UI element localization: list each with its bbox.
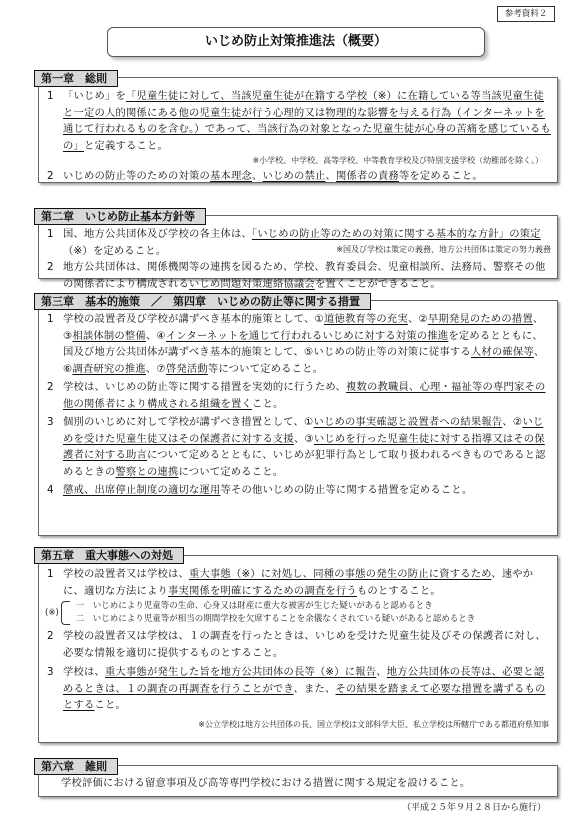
ch3-item-1: 1学校の設置者及び学校が講ずべき基本的施策として、①道徳教育等の充実、②早期発見… — [39, 311, 551, 377]
text: 学校の設置者及び学校が講ずべき基本的施策として、① — [63, 313, 324, 325]
emphasized-text: 警察との連携 — [115, 466, 178, 478]
item-number: 1 — [47, 226, 54, 243]
chapter-1-heading: 第一章 総則 — [34, 70, 118, 87]
text: 、⑦ — [146, 363, 166, 375]
chapter-5-box: 1学校の設置者又は学校は、重大事態（※）に対処し、同種の事態の発生の防止に資する… — [38, 555, 558, 743]
emphasized-text: 基本理念 — [210, 170, 252, 182]
emphasized-text: 関係者の責務 — [336, 170, 399, 182]
chapter-1-box: 1「いじめ」を「児童生徒に対して、当該児童生徒が在籍する学校（※）に在籍している… — [38, 77, 558, 183]
text: 、② — [502, 416, 522, 428]
item-number: 2 — [47, 628, 54, 645]
text: 学校の設置者又は学校は、 — [63, 568, 189, 580]
emphasized-text: 相談体制の整備 — [72, 330, 145, 342]
emphasized-text: 人材の確保等 — [471, 346, 534, 358]
emphasized-text: いじめ問題対策連絡協議会 — [189, 278, 315, 290]
emphasized-text: 「いじめの防止等のための対策に関する基本的な方針」の策定 — [252, 228, 541, 240]
ch5-item-2: 2学校の設置者又は学校は、１の調査を行ったときは、いじめを受けた児童生徒及びその… — [39, 628, 551, 661]
text: いじめの防止等のための対策の — [63, 170, 210, 182]
ch5-item-3: 3学校は、重大事態が発生した旨を地方公共団体の長等（※）に報告、地方公共団体の長… — [39, 664, 551, 714]
text: 、また、 — [294, 683, 336, 695]
text: 、④ — [146, 330, 166, 342]
emphasized-text: 重大事態が発生した旨を地方公共団体の長等（※）に報告 — [105, 666, 376, 678]
item-number: 1 — [47, 311, 54, 328]
ch3-item-3: 3個別のいじめに対して学校が講ずべき措置として、①いじめの事実確認と設置者への結… — [39, 414, 551, 480]
text: 学校は、いじめの防止等に関する措置を実効的に行うため、 — [63, 381, 346, 393]
text: こと。 — [95, 699, 127, 711]
ch1-item-1: 1「いじめ」を「児童生徒に対して、当該児童生徒が在籍する学校（※）に在籍している… — [39, 88, 551, 154]
serious-case-label: (※) — [45, 607, 59, 620]
chapter-6-heading: 第六章 雑則 — [34, 758, 118, 775]
text: 、 — [376, 666, 387, 678]
text: 、 — [325, 170, 336, 182]
item-number: 2 — [47, 259, 54, 276]
serious-case-1: 一 いじめにより児童等の生命、心身又は財産に重大な被害が生じた疑いがあると認める… — [76, 600, 476, 613]
emphasized-text: いじめの事実確認と設置者への結果報告 — [313, 416, 502, 428]
emphasized-text: いじめの禁止 — [262, 170, 325, 182]
effective-date: （平成２５年９月２８日から施行） — [402, 800, 546, 813]
ch5-note: ※公立学校は地方公共団体の長、国立学校は文部科学大臣、私立学校は所轄庁である都道… — [39, 718, 549, 732]
ch5-item-1: 1学校の設置者又は学校は、重大事態（※）に対処し、同種の事態の発生の防止に資する… — [39, 566, 551, 599]
ch1-note: ※小学校、中学校、高等学校、中等教育学校及び特別支援学校（幼稚部を除く。） — [39, 154, 543, 168]
chapter-3-4-box: 1学校の設置者及び学校が講ずべき基本的施策として、①道徳教育等の充実、②早期発見… — [38, 300, 558, 536]
text: （※）を定めること。 — [63, 245, 166, 257]
serious-case-2: 二 いじめにより児童等が相当の期間学校を欠席することを余儀なくされている疑いがあ… — [76, 613, 476, 626]
chapter-3-4-heading: 第三章 基本的施策 ／ 第四章 いじめの防止等に関する措置 — [34, 293, 371, 310]
text: こと。 — [252, 398, 284, 410]
ch6-text: 学校評価における留意事項及び高等専門学校における措置に関する規定を設けること。 — [39, 775, 557, 792]
emphasized-text: 事実関係を明確にするための調査を行う — [168, 585, 357, 597]
brace-icon — [61, 601, 70, 625]
emphasized-text: 啓発活動 — [166, 363, 208, 375]
text: ものとすること。 — [357, 585, 441, 597]
text: を置くことができること。 — [315, 278, 441, 290]
text: 等その他いじめの防止等に関する措置を定めること。 — [220, 484, 472, 496]
emphasized-text: 懲戒、出席停止制度の適切な運用 — [63, 484, 220, 496]
chapter-2-heading: 第二章 いじめ防止基本方針等 — [34, 208, 206, 225]
item-number: 2 — [47, 168, 54, 185]
reference-label: 参考資料２ — [497, 6, 555, 22]
emphasized-text: 早期発見のための措置 — [428, 313, 533, 325]
text: 学校の設置者又は学校は、１の調査を行ったときは、いじめを受けた児童生徒及びその保… — [63, 630, 546, 659]
text: 、③ — [294, 433, 314, 445]
text: 国、地方公共団体及び学校の各主体は、 — [63, 228, 252, 240]
text: について定めること。 — [178, 466, 283, 478]
ch3-item-4: 4懲戒、出席停止制度の適切な運用等その他いじめの防止等に関する措置を定めること。 — [39, 482, 551, 499]
text: 等を定めること。 — [399, 170, 483, 182]
emphasized-text: 調査研究の推進 — [72, 363, 145, 375]
text: と定義すること。 — [84, 140, 168, 152]
emphasized-text: 重大事態（※）に対処し、同種の事態の発生の防止に資するため — [189, 568, 491, 580]
ch2-note: ※国及び学校は策定の義務、地方公共団体は策定の努力義務 — [336, 243, 551, 257]
item-number: 2 — [47, 379, 54, 396]
item-number: 1 — [47, 88, 54, 105]
page-title: いじめ防止対策推進法（概要） — [107, 27, 485, 57]
ch3-item-2: 2学校は、いじめの防止等に関する措置を実効的に行うため、複数の教職員、心理・福祉… — [39, 379, 551, 412]
ch2-item-2: 2地方公共団体は、関係機関等の連携を図るため、学校、教育委員会、児童相談所、法務… — [39, 259, 551, 292]
text: 、 — [252, 170, 263, 182]
item-number: 1 — [47, 566, 54, 583]
text: 学校は、 — [63, 666, 105, 678]
emphasized-text: インターネットを通じて行われるいじめに対する対策の推進 — [166, 330, 449, 342]
text: 個別のいじめに対して学校が講ずべき措置として、① — [63, 416, 313, 428]
emphasized-text: 道徳教育等の充実 — [324, 313, 408, 325]
text: 、② — [408, 313, 428, 325]
chapter-5-heading: 第五章 重大事態への対処 — [34, 547, 184, 564]
item-number: 3 — [47, 414, 54, 431]
item-number: 3 — [47, 664, 54, 681]
ch1-item-2: 2いじめの防止等のための対策の基本理念、いじめの禁止、関係者の責務等を定めること… — [39, 168, 551, 185]
serious-case-definitions: (※) 一 いじめにより児童等の生命、心身又は財産に重大な被害が生じた疑いがある… — [45, 600, 557, 626]
item-number: 4 — [47, 482, 54, 499]
text: 等について定めること。 — [208, 363, 323, 375]
text: 「いじめ」を — [63, 90, 126, 102]
